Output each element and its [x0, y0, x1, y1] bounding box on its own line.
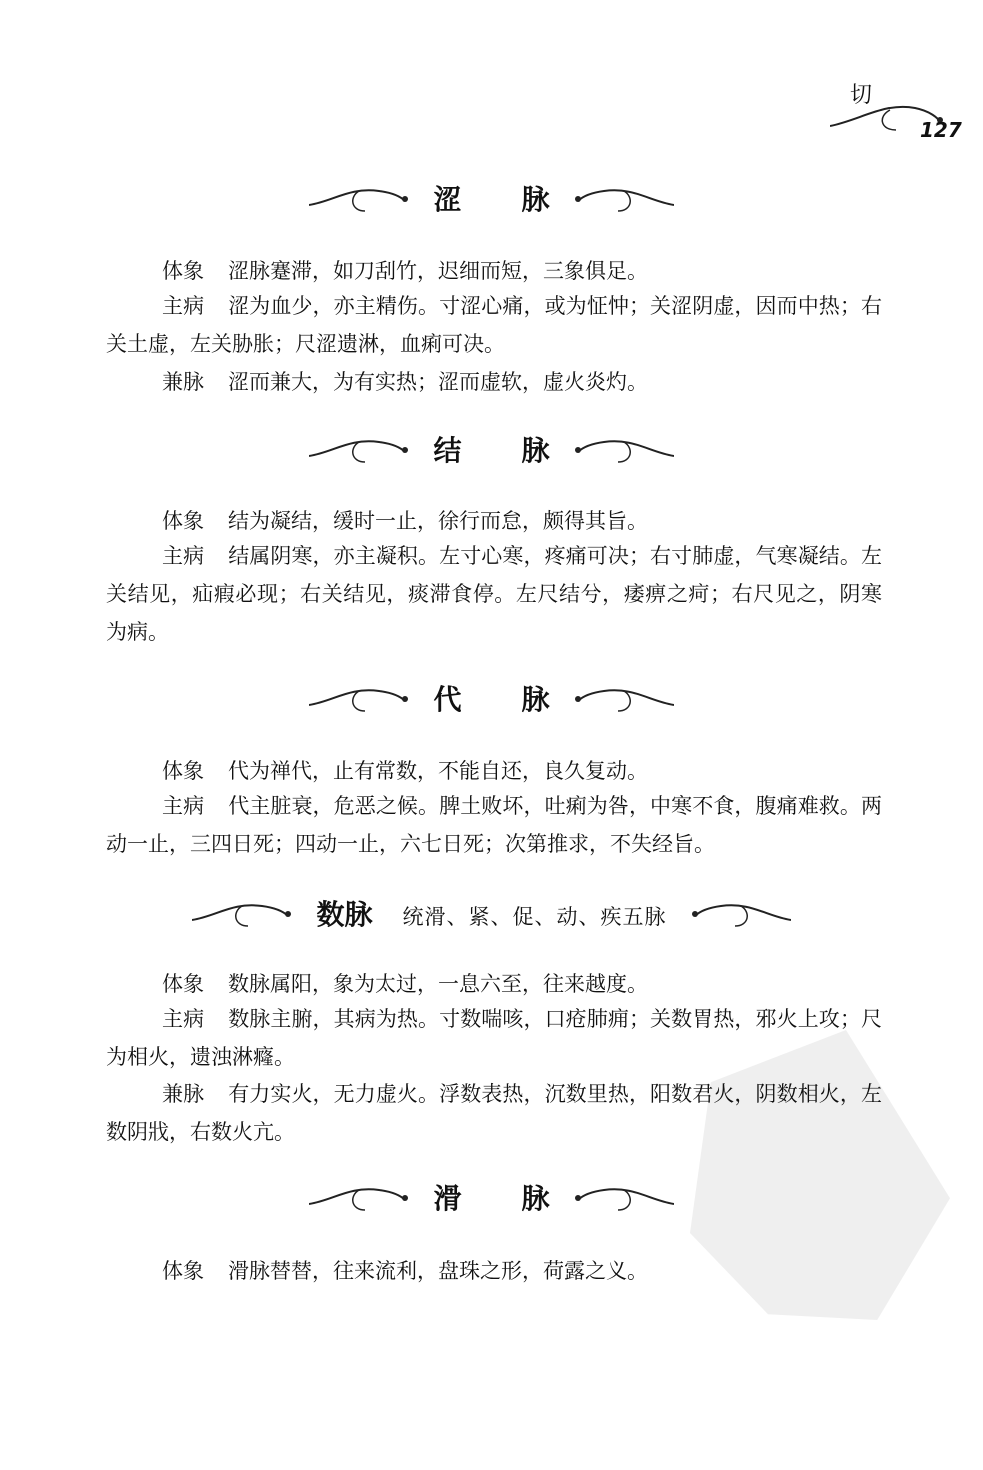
right-flourish-icon	[564, 181, 674, 215]
paragraph: 体象代为禅代，止有常数，不能自还，良久复动。	[106, 752, 882, 790]
left-flourish-icon	[309, 181, 419, 215]
page-number: 127	[920, 118, 962, 142]
section-title-jie-mai: 结脉	[0, 424, 983, 474]
section-subtitle: 统滑、紧、促、动、疾五脉	[403, 901, 667, 931]
paragraph: 体象结为凝结，缓时一止，徐行而怠，颇得其旨。	[106, 502, 882, 540]
section-title-se-mai: 涩脉	[0, 173, 983, 223]
paragraph: 主病数脉主腑，其病为热。寸数喘咳，口疮肺痈；关数胃热，邪火上攻；尺为相火，遗浊淋…	[106, 1000, 882, 1076]
left-flourish-icon	[309, 1180, 419, 1214]
paragraph: 主病涩为血少，亦主精伤。寸涩心痛，或为怔忡；关涩阴虚，因而中热；右关土虚，左关胁…	[106, 287, 882, 363]
left-flourish-icon	[309, 432, 419, 466]
paragraph: 兼脉涩而兼大，为有实热；涩而虚软，虚火炎灼。	[106, 363, 882, 401]
paragraph: 兼脉有力实火，无力虚火。浮数表热，沉数里热，阳数君火，阴数相火，左数阴戕，右数火…	[106, 1075, 882, 1151]
paragraph: 体象滑脉替替，往来流利，盘珠之形，荷露之义。	[106, 1252, 882, 1290]
paragraph: 主病代主脏衰，危恶之候。脾土败坏，吐痢为咎，中寒不食，腹痛难救。两动一止，三四日…	[106, 787, 882, 863]
left-flourish-icon	[309, 681, 419, 715]
paragraph: 体象涩脉蹇滞，如刀刮竹，迟细而短，三象俱足。	[106, 252, 882, 290]
page-header: 切 127	[820, 78, 960, 148]
right-flourish-icon	[564, 681, 674, 715]
section-title-hua-mai: 滑脉	[0, 1172, 983, 1222]
right-flourish-icon	[564, 1180, 674, 1214]
right-flourish-icon	[681, 896, 791, 930]
paragraph: 体象数脉属阳，象为太过，一息六至，往来越度。	[106, 965, 882, 1003]
left-flourish-icon	[192, 896, 302, 930]
paragraph: 主病结属阴寒，亦主凝积。左寸心寒，疼痛可决；右寸肺虚，气寒凝结。左关结见，疝瘕必…	[106, 537, 882, 651]
section-title-dai-mai: 代脉	[0, 673, 983, 723]
right-flourish-icon	[564, 432, 674, 466]
section-title-shu-mai: 数脉统滑、紧、促、动、疾五脉	[0, 888, 983, 938]
